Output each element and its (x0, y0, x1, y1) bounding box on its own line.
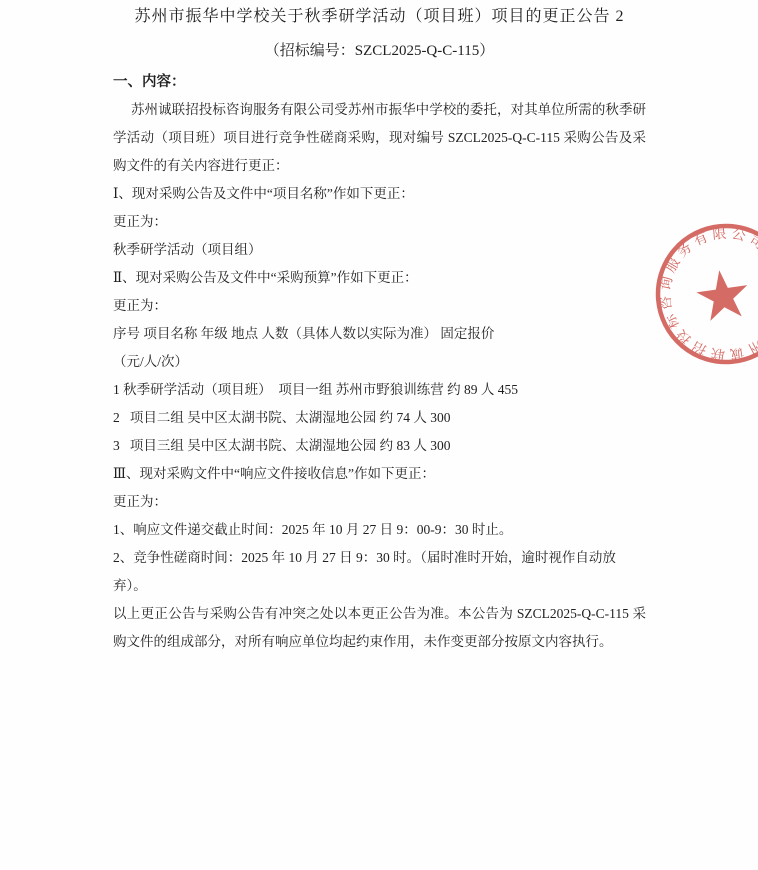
budget-table-row-3: 3 项目三组 吴中区太湖书院、太湖湿地公园 约 83 人 300 (113, 432, 646, 460)
seal-star-icon (694, 267, 752, 323)
scanned-document-page: 苏州市振华中学校关于秋季研学活动（项目班）项目的更正公告 2 （招标编号：SZC… (0, 0, 758, 870)
correction-3-heading: Ⅲ、现对采购文件中“响应文件接收信息”作如下更正： (113, 460, 646, 488)
correction-2-heading: Ⅱ、现对采购公告及文件中“采购预算”作如下更正： (113, 264, 646, 292)
budget-table-row-1: 1 秋季研学活动（项目班） 项目一组 苏州市野狼训练营 约 89 人 455 (113, 376, 646, 404)
tender-number: （招标编号：SZCL2025-Q-C-115） (113, 34, 646, 68)
correction-3-label: 更正为： (113, 488, 646, 516)
correction-2-label: 更正为： (113, 292, 646, 320)
document-title: 苏州市振华中学校关于秋季研学活动（项目班）项目的更正公告 2 (113, 0, 646, 34)
budget-table-row-2: 2 项目二组 吴中区太湖书院、太湖湿地公园 约 74 人 300 (113, 404, 646, 432)
budget-table-header: 序号 项目名称 年级 地点 人数（具体人数以实际为准） 固定报价 (113, 320, 646, 348)
correction-1-value: 秋季研学活动（项目组） (113, 236, 646, 264)
document-body: 苏州市振华中学校关于秋季研学活动（项目班）项目的更正公告 2 （招标编号：SZC… (113, 0, 646, 656)
negotiation-time-line: 2、竞争性磋商时间：2025 年 10 月 27 日 9：30 时。（届时准时开… (113, 544, 646, 600)
correction-1-heading: Ⅰ、现对采购公告及文件中“项目名称”作如下更正： (113, 180, 646, 208)
deadline-line: 1、响应文件递交截止时间：2025 年 10 月 27 日 9：00-9：30 … (113, 516, 646, 544)
intro-paragraph: 苏州诚联招投标咨询服务有限公司受苏州市振华中学校的委托，对其单位所需的秋季研学活… (113, 96, 646, 180)
budget-table-header-unit: （元/人/次） (113, 348, 646, 376)
content-section-heading: 一、内容： (113, 68, 646, 96)
correction-1-label: 更正为： (113, 208, 646, 236)
closing-paragraph: 以上更正公告与采购公告有冲突之处以本更正公告为准。本公告为 SZCL2025-Q… (113, 600, 646, 656)
official-seal: 苏州诚联招投标咨询服务有限公司 (641, 209, 758, 379)
